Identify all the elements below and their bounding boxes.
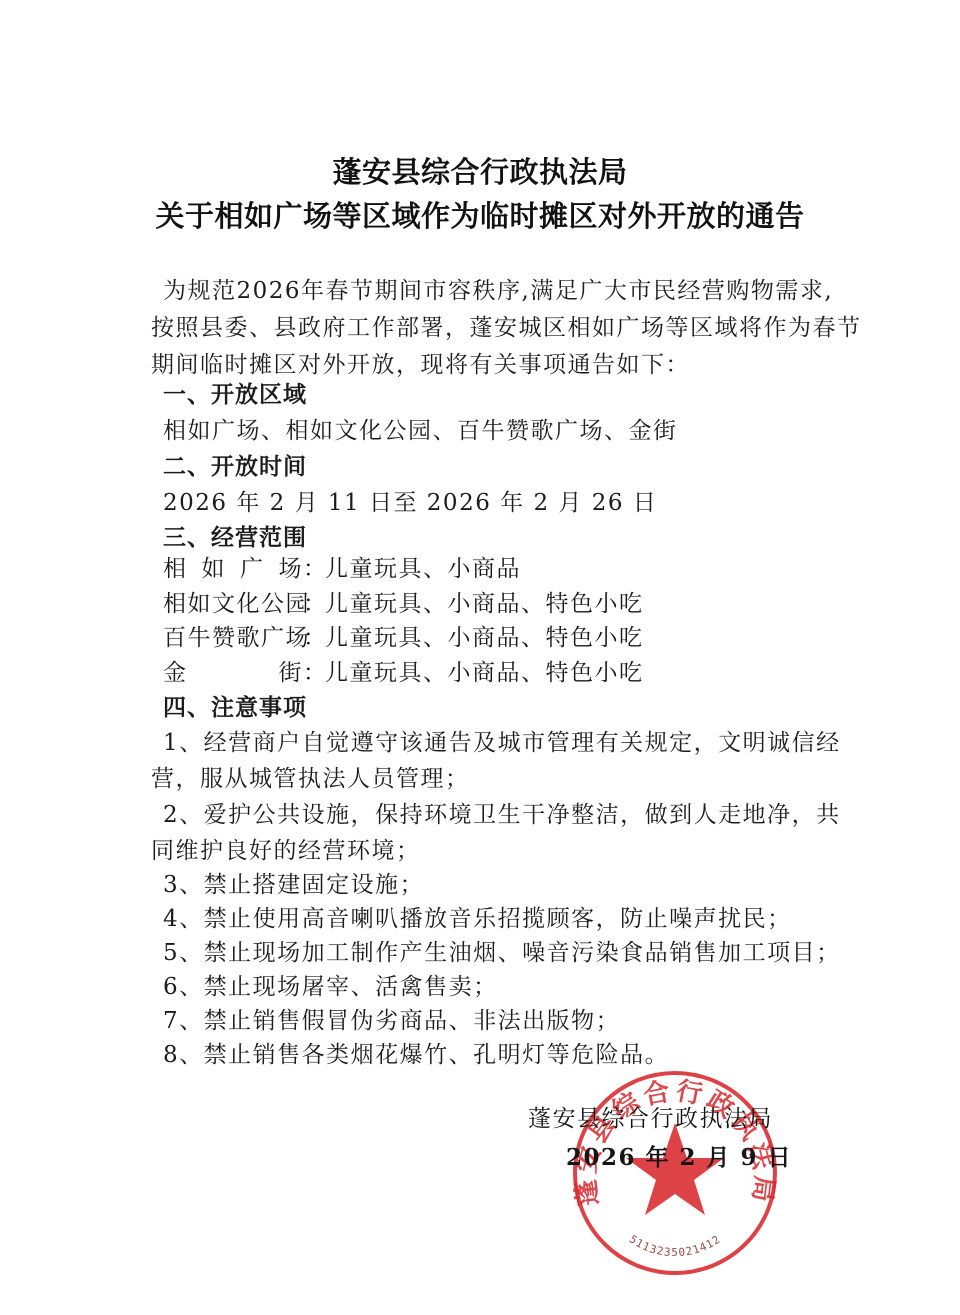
note-4: 4、禁止使用高音喇叭播放音乐招揽顾客，防止噪声扰民； xyxy=(163,904,792,934)
notice-title: 关于相如广场等区域作为临时摊区对外开放的通告 xyxy=(0,194,960,235)
scope-items: 儿童玩具、小商品、特色小吃 xyxy=(325,623,644,653)
scope-place: 百 牛 赞 歌 广 场 xyxy=(163,623,303,653)
scope-colon: ： xyxy=(303,623,325,653)
scope-items: 儿童玩具、小商品、特色小吃 xyxy=(325,589,644,619)
place-char: 公 xyxy=(261,589,286,619)
scope-colon: ： xyxy=(303,554,325,584)
note-2-line-2: 同维护良好的经营环境； xyxy=(151,836,421,866)
scope-place: 相 如 广 场 xyxy=(163,554,303,584)
place-char: 化 xyxy=(237,589,262,619)
place-char: 相 xyxy=(163,589,188,619)
place-char: 赞 xyxy=(212,623,237,653)
section-heading-business-scope: 三、经营范围 xyxy=(163,523,307,553)
section-heading-notes: 四、注意事项 xyxy=(163,693,307,723)
note-8: 8、禁止销售各类烟花爆竹、孔明灯等危险品。 xyxy=(163,1040,669,1070)
note-5: 5、禁止现场加工制作产生油烟、噪音污染食品销售加工项目； xyxy=(163,938,841,968)
scope-colon: ： xyxy=(303,658,325,688)
place-char: 广 xyxy=(240,554,265,584)
place-char: 如 xyxy=(202,554,227,584)
scope-items: 儿童玩具、小商品、特色小吃 xyxy=(325,658,644,688)
seal-serial-number: 5113235021412 xyxy=(627,1233,723,1260)
intro-line-2: 按照县委、县政府工作部署，蓬安城区相如广场等区域将作为春节 xyxy=(151,313,862,343)
scope-items: 儿童玩具、小商品 xyxy=(325,554,521,584)
place-char: 街 xyxy=(279,658,304,688)
scope-row-jin-street: 金 街 ： 儿童玩具、小商品、特色小吃 xyxy=(163,658,644,688)
scope-row-xiangru-square: 相 如 广 场 ： 儿童玩具、小商品 xyxy=(163,554,521,584)
scope-place: 金 街 xyxy=(163,658,303,688)
place-char: 牛 xyxy=(188,623,213,653)
intro-line-1: 为规范2026年春节期间市容秩序,满足广大市民经营购物需求, xyxy=(163,276,833,306)
note-1-line-1: 1、经营商户自觉遵守该通告及城市管理有关规定，文明诚信经 xyxy=(163,728,841,758)
open-area-content: 相如广场、相如文化公园、百牛赞歌广场、金街 xyxy=(163,416,678,446)
note-7: 7、禁止销售假冒伪劣商品、非法出版物； xyxy=(163,1006,620,1036)
intro-line-3: 期间临时摊区对外开放，现将有关事项通告如下： xyxy=(151,350,690,380)
section-heading-open-area: 一、开放区域 xyxy=(163,380,307,410)
note-2-line-1: 2、爱护公共设施，保持环境卫生干净整洁，做到人走地净，共 xyxy=(163,800,841,830)
signature-date: 2026 年 2 月 9 日 xyxy=(566,1143,792,1173)
note-6: 6、禁止现场屠宰、活禽售卖； xyxy=(163,972,498,1002)
scope-place: 相 如 文 化 公 园 xyxy=(163,589,303,619)
note-3: 3、禁止搭建固定设施； xyxy=(163,870,424,900)
scope-row-xiangru-culture-park: 相 如 文 化 公 园 ： 儿童玩具、小商品、特色小吃 xyxy=(163,589,644,619)
place-char: 相 xyxy=(163,554,188,584)
section-heading-open-time: 二、开放时间 xyxy=(163,452,307,482)
official-seal: 蓬安县综合行政执法局 5113235021412 xyxy=(570,1068,780,1278)
place-char: 金 xyxy=(163,658,188,688)
scope-colon: ： xyxy=(303,589,325,619)
place-char: 百 xyxy=(163,623,188,653)
scope-row-bainiu-zange-square: 百 牛 赞 歌 广 场 ： 儿童玩具、小商品、特色小吃 xyxy=(163,623,644,653)
place-char: 文 xyxy=(212,589,237,619)
place-char: 歌 xyxy=(237,623,262,653)
notice-document: 蓬安县综合行政执法局 关于相如广场等区域作为临时摊区对外开放的通告 为规范202… xyxy=(0,0,960,1315)
place-char: 如 xyxy=(188,589,213,619)
issuer-title: 蓬安县综合行政执法局 xyxy=(0,150,960,191)
signature-organization: 蓬安县综合行政执法局 xyxy=(528,1104,773,1134)
note-1-line-2: 营，服从城管执法人员管理； xyxy=(151,764,470,794)
place-char: 广 xyxy=(261,623,286,653)
open-time-content: 2026 年 2 月 11 日至 2026 年 2 月 26 日 xyxy=(163,488,657,518)
place-char: 场 xyxy=(279,554,304,584)
